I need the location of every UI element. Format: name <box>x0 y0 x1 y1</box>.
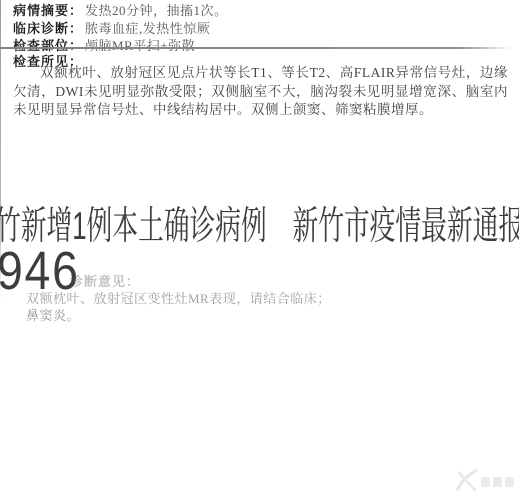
medical-report-page: 病情摘要： 发热20分钟，抽搐1次。 临床诊断： 脓毒血症,发热性惊厥 检查部位… <box>0 0 519 500</box>
exam-site-row: 检查部位： 颅脑MR平扫+弥散 <box>13 39 195 53</box>
section-divider <box>0 47 511 49</box>
summary-value: 发热20分钟，抽搐1次。 <box>85 4 228 18</box>
overlay-headline-number: 946 <box>0 243 80 300</box>
summary-row: 病情摘要： 发热20分钟，抽搐1次。 <box>13 4 228 18</box>
summary-label: 病情摘要： <box>13 4 83 18</box>
exam-site-label: 检查部位： <box>13 39 83 53</box>
diagnosis-row: 临床诊断： 脓毒血症,发热性惊厥 <box>13 22 210 36</box>
exam-site-value: 颅脑MR平扫+弥散 <box>85 39 195 53</box>
diagnosis-value: 脓毒血症,发热性惊厥 <box>85 22 210 36</box>
impression-line-2: 鼻窦炎。 <box>26 305 80 324</box>
watermark-logo-icon <box>451 467 517 497</box>
findings-paragraph: 双额枕叶、放射冠区见点片状等长T1、等长T2、高FLAIR异常信号灶，边缘欠清，… <box>13 64 508 120</box>
diagnosis-label: 临床诊断： <box>13 22 83 36</box>
